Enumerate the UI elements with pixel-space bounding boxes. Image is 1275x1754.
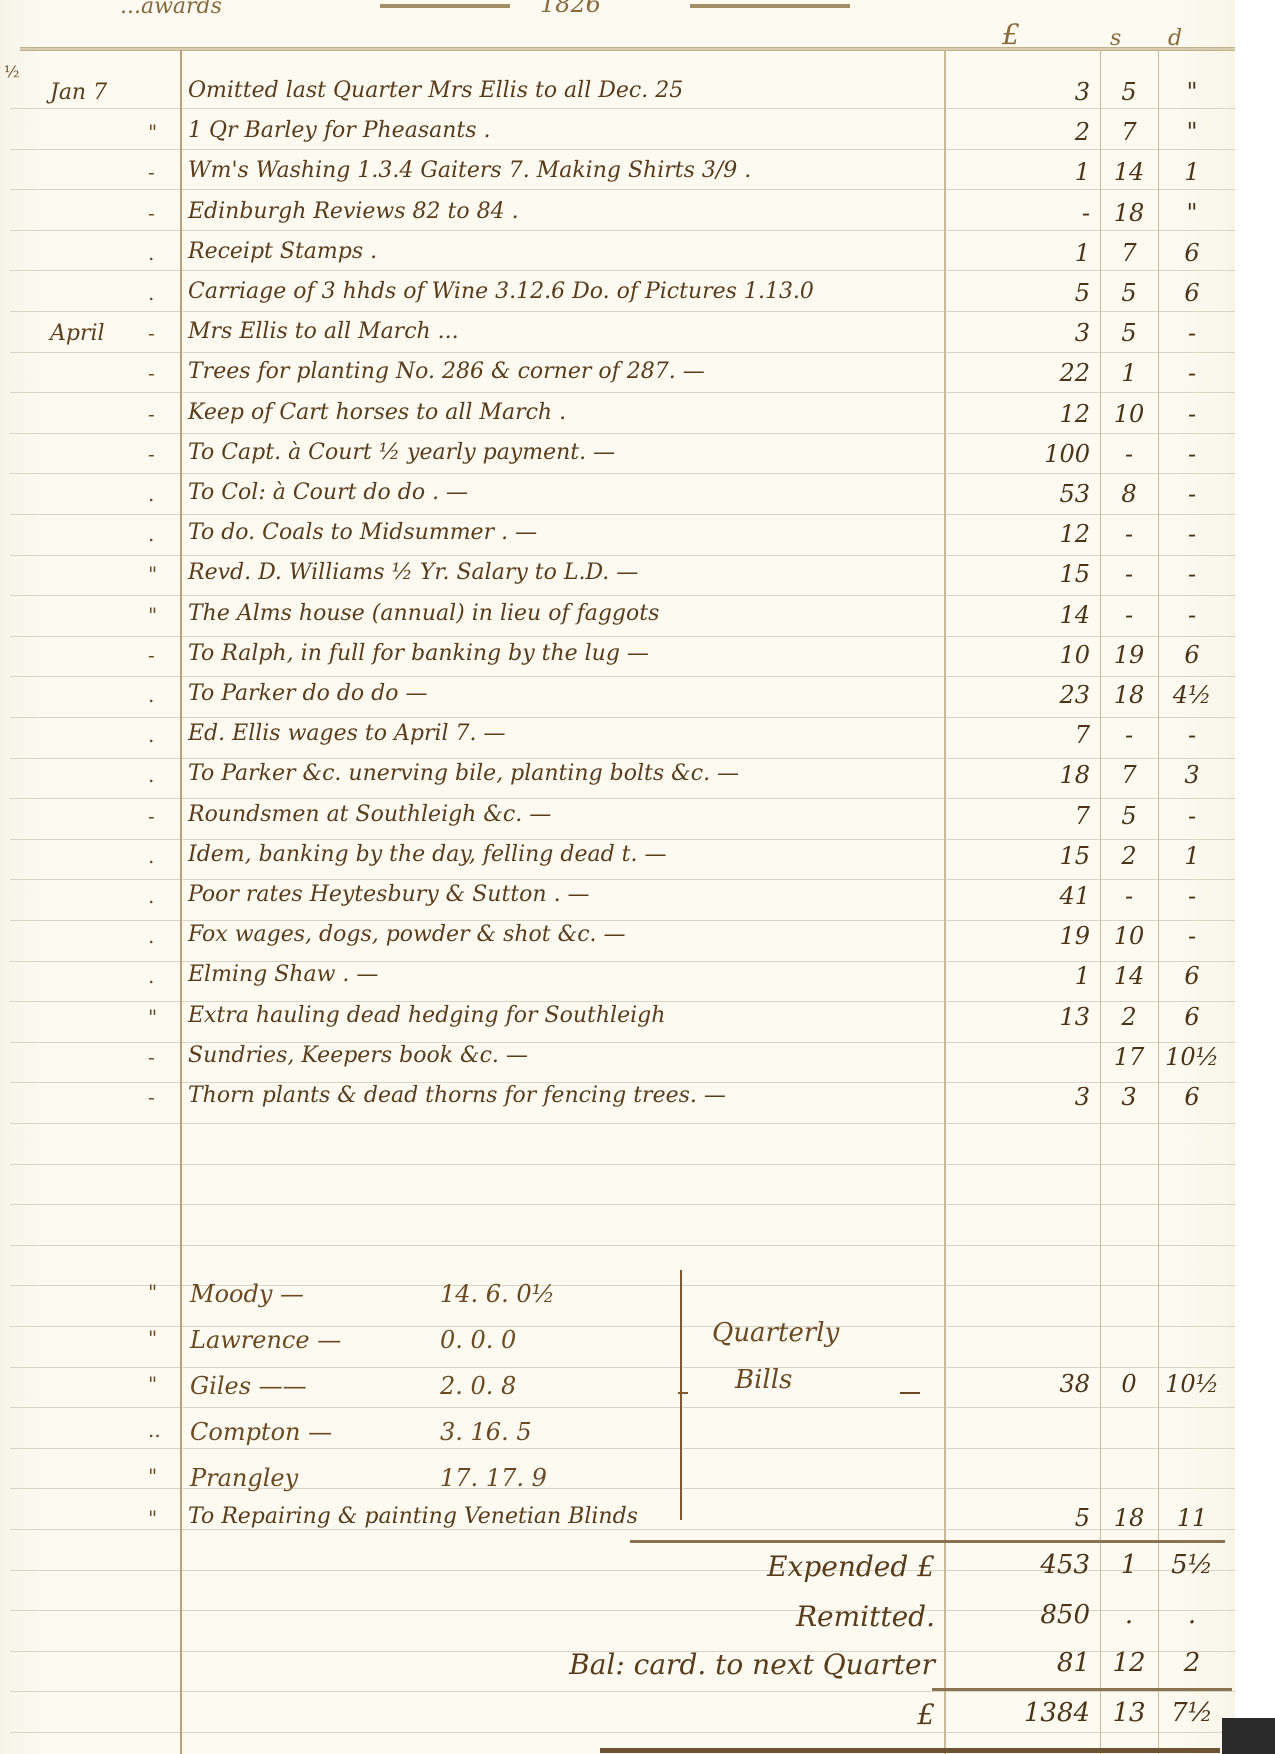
pounds-cell: 5 <box>950 1504 1090 1532</box>
remitted-pence-cell: . <box>1162 1600 1222 1630</box>
entry-description: To Col: à Court do do . — <box>188 480 468 505</box>
shillings-cell: 10 <box>1104 922 1154 950</box>
bill-amount: 3. 16. 5 <box>440 1418 532 1446</box>
table-row: -Edinburgh Reviews 82 to 84 .-18" <box>0 195 1235 235</box>
pounds-cell: 18 <box>950 761 1090 789</box>
balance-pounds-cell: 81 <box>950 1648 1090 1678</box>
pounds-cell: 1 <box>950 962 1090 990</box>
scan-edge <box>1222 1718 1275 1754</box>
ditto-mark: - <box>148 442 155 466</box>
entry-description: Receipt Stamps . <box>188 239 377 264</box>
pounds-cell: 3 <box>950 319 1090 347</box>
ditto-mark: - <box>148 361 155 385</box>
bill-name: Compton — <box>190 1418 332 1446</box>
pence-cell: 1 <box>1162 842 1222 870</box>
entry-description: Wm's Washing 1.3.4 Gaiters 7. Making Shi… <box>188 158 751 183</box>
pounds-cell: 13 <box>950 1003 1090 1031</box>
pounds-cell: 38 <box>950 1370 1090 1398</box>
expended-label: Expended £ <box>300 1550 935 1583</box>
ledger-page: ...awards 1826 £ s d ½ Jan 7Omitted last… <box>0 0 1235 1754</box>
ditto-mark: . <box>148 683 154 707</box>
header-rule-left <box>380 4 510 8</box>
entry-description: Revd. D. Williams ½ Yr. Salary to L.D. — <box>188 560 638 585</box>
pence-cell: 1 <box>1162 158 1222 186</box>
table-row: .To Parker &c. unerving bile, planting b… <box>0 757 1235 797</box>
entry-description: Roundsmen at Southleigh &c. — <box>188 802 551 827</box>
shillings-cell: 5 <box>1104 279 1154 307</box>
table-row: -Roundsmen at Southleigh &c. —75- <box>0 798 1235 838</box>
entry-description: 1 Qr Barley for Pheasants . <box>188 118 491 143</box>
pence-cell: 6 <box>1162 962 1222 990</box>
shillings-cell: 0 <box>1104 1370 1154 1398</box>
bill-amount: 0. 0. 0 <box>440 1326 516 1354</box>
ditto-mark: - <box>148 643 155 667</box>
pounds-cell: 15 <box>950 560 1090 588</box>
ditto-mark: . <box>148 281 154 305</box>
ditto-mark: . <box>148 844 154 868</box>
shillings-cell: 19 <box>1104 641 1154 669</box>
entry-description: Carriage of 3 hhds of Wine 3.12.6 Do. of… <box>188 279 814 304</box>
ditto-mark: . <box>148 884 154 908</box>
ditto-mark: " <box>148 1464 157 1488</box>
ditto-mark: " <box>148 603 157 627</box>
pounds-cell: 100 <box>950 440 1090 468</box>
pounds-cell: 7 <box>950 721 1090 749</box>
ditto-mark: - <box>148 201 155 225</box>
shillings-cell: - <box>1104 520 1154 548</box>
ruled-line <box>10 1245 1235 1246</box>
pounds-cell: 1 <box>950 158 1090 186</box>
shillings-cell: - <box>1104 601 1154 629</box>
shillings-cell: 7 <box>1104 761 1154 789</box>
shillings-cell: 18 <box>1104 1504 1154 1532</box>
ditto-mark: - <box>148 804 155 828</box>
entry-description: Thorn plants & dead thorns for fencing t… <box>188 1083 726 1108</box>
entry-description: To Parker do do do — <box>188 681 427 706</box>
pence-cell: 4½ <box>1162 681 1222 709</box>
pounds-cell: - <box>950 199 1090 227</box>
pence-cell: 10½ <box>1162 1370 1222 1398</box>
table-row: .Idem, banking by the day, felling dead … <box>0 838 1235 878</box>
pounds-cell: 2 <box>950 118 1090 146</box>
table-row: "1 Qr Barley for Pheasants .27" <box>0 114 1235 154</box>
pence-cell: - <box>1162 721 1222 749</box>
ruled-line <box>10 1448 1235 1449</box>
bill-amount: 14. 6. 0½ <box>440 1280 555 1308</box>
pounds-cell: 53 <box>950 480 1090 508</box>
pence-cell: 6 <box>1162 279 1222 307</box>
table-row: .Receipt Stamps .176 <box>0 235 1235 275</box>
sum-rule <box>630 1540 1225 1543</box>
shillings-cell: - <box>1104 721 1154 749</box>
table-row: .Carriage of 3 hhds of Wine 3.12.6 Do. o… <box>0 275 1235 315</box>
ditto-mark: . <box>148 964 154 988</box>
table-row: .Ed. Ellis wages to April 7. —7-- <box>0 717 1235 757</box>
ditto-mark: . <box>148 241 154 265</box>
pence-cell: - <box>1162 520 1222 548</box>
table-row: -To Ralph, in full for banking by the lu… <box>0 637 1235 677</box>
grand-total-label: £ <box>300 1698 935 1731</box>
pence-cell: 6 <box>1162 239 1222 267</box>
table-row: Jan 7Omitted last Quarter Mrs Ellis to a… <box>0 74 1235 114</box>
entry-date: April <box>50 321 105 346</box>
shillings-cell: 2 <box>1104 1003 1154 1031</box>
bills-label-line1: Quarterly <box>712 1318 839 1348</box>
pence-cell: - <box>1162 440 1222 468</box>
grand-total-pence-cell: 7½ <box>1162 1698 1222 1728</box>
pence-cell: " <box>1162 118 1222 146</box>
ruled-line <box>10 1407 1235 1408</box>
bill-name: Moody — <box>190 1280 304 1308</box>
table-row: "The Alms house (annual) in lieu of fagg… <box>0 597 1235 637</box>
entry-description: Idem, banking by the day, felling dead t… <box>188 842 666 867</box>
table-row: .Poor rates Heytesbury & Sutton . —41-- <box>0 878 1235 918</box>
entry-description: To Capt. à Court ½ yearly payment. — <box>188 440 615 465</box>
shillings-cell: 3 <box>1104 1083 1154 1111</box>
ditto-mark: - <box>148 1085 155 1109</box>
pence-cell: 10½ <box>1162 1043 1222 1071</box>
pounds-cell: 23 <box>950 681 1090 709</box>
pounds-cell: 41 <box>950 882 1090 910</box>
table-row: .To do. Coals to Midsummer . —12-- <box>0 516 1235 556</box>
grand-total-shillings-cell: 13 <box>1104 1698 1154 1728</box>
expended-shillings-cell: 1 <box>1104 1550 1154 1580</box>
bill-amount: 17. 17. 9 <box>440 1464 547 1492</box>
shillings-cell: - <box>1104 560 1154 588</box>
pounds-cell: 3 <box>950 78 1090 106</box>
ditto-mark: - <box>148 1045 155 1069</box>
pounds-cell: 7 <box>950 802 1090 830</box>
shillings-cell: 14 <box>1104 962 1154 990</box>
ditto-mark: " <box>148 1280 157 1304</box>
ditto-mark: - <box>148 160 155 184</box>
remitted-label: Remitted. <box>300 1600 935 1633</box>
entry-description: Sundries, Keepers book &c. — <box>188 1043 528 1068</box>
header-rule-right <box>690 4 850 8</box>
ditto-mark: " <box>148 1506 157 1530</box>
shillings-cell: 7 <box>1104 239 1154 267</box>
table-row: .To Parker do do do —23184½ <box>0 677 1235 717</box>
pounds-cell: 22 <box>950 359 1090 387</box>
pence-cell: - <box>1162 802 1222 830</box>
expended-pounds-cell: 453 <box>950 1550 1090 1580</box>
entry-description: Keep of Cart horses to all March . <box>188 400 566 425</box>
ditto-mark: . <box>148 723 154 747</box>
ditto-mark: " <box>148 1372 157 1396</box>
entry-date: Jan 7 <box>50 80 107 105</box>
pence-cell: - <box>1162 922 1222 950</box>
entry-description: Edinburgh Reviews 82 to 84 . <box>188 199 519 224</box>
header-year: 1826 <box>540 0 601 18</box>
table-row: April-Mrs Ellis to all March ...35- <box>0 315 1235 355</box>
table-row: "Revd. D. Williams ½ Yr. Salary to L.D. … <box>0 556 1235 596</box>
entry-description: The Alms house (annual) in lieu of faggo… <box>188 601 659 626</box>
bottom-double-rule <box>600 1748 1220 1753</box>
shillings-cell: 10 <box>1104 400 1154 428</box>
ruled-line <box>10 1732 1235 1733</box>
entry-description: Extra hauling dead hedging for Southleig… <box>188 1003 665 1028</box>
ditto-mark: " <box>148 120 157 144</box>
pence-cell: 11 <box>1162 1504 1222 1532</box>
entry-description: Trees for planting No. 286 & corner of 2… <box>188 359 705 384</box>
shillings-cell: 7 <box>1104 118 1154 146</box>
table-row: -Sundries, Keepers book &c. —1710½ <box>0 1039 1235 1079</box>
pounds-cell: 1 <box>950 239 1090 267</box>
pence-cell: - <box>1162 560 1222 588</box>
pence-cell: - <box>1162 882 1222 910</box>
header-fragment: ...awards <box>120 0 222 19</box>
shillings-cell: 17 <box>1104 1043 1154 1071</box>
ditto-mark: - <box>148 402 155 426</box>
ruled-line <box>10 1164 1235 1165</box>
shillings-cell: - <box>1104 440 1154 468</box>
pounds-cell: 14 <box>950 601 1090 629</box>
shillings-cell: 2 <box>1104 842 1154 870</box>
expended-pence-cell: 5½ <box>1162 1550 1222 1580</box>
pounds-cell: 15 <box>950 842 1090 870</box>
table-row: -To Capt. à Court ½ yearly payment. —100… <box>0 436 1235 476</box>
balance-shillings-cell: 12 <box>1104 1648 1154 1678</box>
table-row: .Elming Shaw . —1146 <box>0 958 1235 998</box>
pence-cell: - <box>1162 480 1222 508</box>
ditto-mark: . <box>148 924 154 948</box>
ditto-mark: . <box>148 482 154 506</box>
entry-description: To do. Coals to Midsummer . — <box>188 520 537 545</box>
pence-cell: " <box>1162 78 1222 106</box>
pounds-cell: 10 <box>950 641 1090 669</box>
shillings-cell: 14 <box>1104 158 1154 186</box>
pence-cell: 3 <box>1162 761 1222 789</box>
bill-amount: 2. 0. 8 <box>440 1372 516 1400</box>
table-row: .To Col: à Court do do . —538- <box>0 476 1235 516</box>
bill-name: Giles —— <box>190 1372 307 1400</box>
pence-cell: - <box>1162 359 1222 387</box>
table-row: -Wm's Washing 1.3.4 Gaiters 7. Making Sh… <box>0 154 1235 194</box>
entry-description: To Repairing & painting Venetian Blinds <box>188 1504 638 1529</box>
pence-cell: " <box>1162 199 1222 227</box>
ditto-mark: - <box>148 321 155 345</box>
pence-cell: 6 <box>1162 1083 1222 1111</box>
entry-description: Omitted last Quarter Mrs Ellis to all De… <box>188 78 683 103</box>
ditto-mark: " <box>148 1326 157 1350</box>
remitted-shillings-cell: . <box>1104 1600 1154 1630</box>
table-row: .Fox wages, dogs, powder & shot &c. —191… <box>0 918 1235 958</box>
table-row: "Extra hauling dead hedging for Southlei… <box>0 999 1235 1039</box>
shillings-cell: 5 <box>1104 78 1154 106</box>
top-double-rule <box>20 47 1235 51</box>
ruled-line <box>10 1691 1235 1692</box>
shillings-cell: 1 <box>1104 359 1154 387</box>
entry-description: To Parker &c. unerving bile, planting bo… <box>188 761 739 786</box>
bill-name: Prangley <box>190 1464 298 1492</box>
pounds-cell: 19 <box>950 922 1090 950</box>
balance-label: Bal: card. to next Quarter <box>300 1648 935 1681</box>
ruled-line <box>10 1123 1235 1124</box>
pounds-cell: 12 <box>950 520 1090 548</box>
table-row: -Trees for planting No. 286 & corner of … <box>0 355 1235 395</box>
pence-cell: - <box>1162 400 1222 428</box>
balance-pence-cell: 2 <box>1162 1648 1222 1678</box>
remitted-pounds-cell: 850 <box>950 1600 1090 1630</box>
pounds-cell: 3 <box>950 1083 1090 1111</box>
pence-cell: 6 <box>1162 641 1222 669</box>
pence-cell: - <box>1162 319 1222 347</box>
entry-description: Elming Shaw . — <box>188 962 378 987</box>
pence-cell: 6 <box>1162 1003 1222 1031</box>
bill-name: Lawrence — <box>190 1326 341 1354</box>
pounds-cell: 12 <box>950 400 1090 428</box>
grand-total-rule <box>932 1688 1232 1691</box>
entry-description: Fox wages, dogs, powder & shot &c. — <box>188 922 626 947</box>
entry-description: To Ralph, in full for banking by the lug… <box>188 641 649 666</box>
shillings-cell: 18 <box>1104 681 1154 709</box>
ditto-mark: . <box>148 763 154 787</box>
shillings-cell: 5 <box>1104 319 1154 347</box>
ditto-mark: .. <box>148 1418 161 1442</box>
pence-cell: - <box>1162 601 1222 629</box>
shillings-cell: 18 <box>1104 199 1154 227</box>
shillings-cell: 5 <box>1104 802 1154 830</box>
pounds-cell: 5 <box>950 279 1090 307</box>
table-row: -Thorn plants & dead thorns for fencing … <box>0 1079 1235 1119</box>
bills-total-row: 38 0 10½ <box>0 1366 1235 1406</box>
table-row: " To Repairing & painting Venetian Blind… <box>0 1500 1235 1540</box>
ditto-mark: . <box>148 522 154 546</box>
entry-description: Poor rates Heytesbury & Sutton . — <box>188 882 590 907</box>
entry-description: Mrs Ellis to all March ... <box>188 319 459 344</box>
ditto-mark: " <box>148 1005 157 1029</box>
scan-margin <box>1235 0 1275 1754</box>
entry-description: Ed. Ellis wages to April 7. — <box>188 721 506 746</box>
grand-total-pounds-cell: 1384 <box>950 1698 1090 1728</box>
shillings-cell: 8 <box>1104 480 1154 508</box>
table-row: -Keep of Cart horses to all March .1210- <box>0 396 1235 436</box>
ditto-mark: " <box>148 562 157 586</box>
ruled-line <box>10 1204 1235 1205</box>
shillings-cell: - <box>1104 882 1154 910</box>
